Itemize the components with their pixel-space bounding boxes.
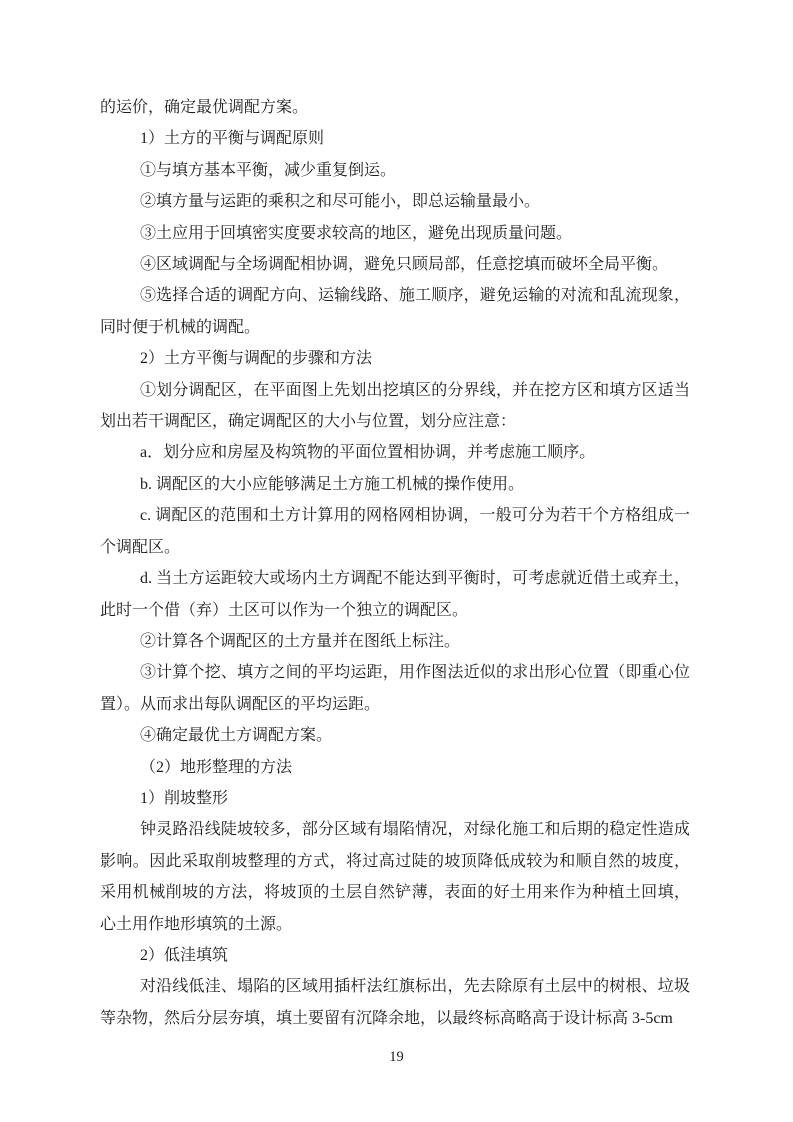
- paragraph: （2）地形整理的方法: [100, 752, 690, 783]
- paragraph: 2）土方平衡与调配的步骤和方法: [100, 343, 690, 374]
- paragraph: ④确定最优土方调配方案。: [100, 720, 690, 751]
- paragraph: 2）低洼填筑: [100, 940, 690, 971]
- paragraph: ③计算个挖、填方之间的平均运距，用作图法近似的求出形心位置（即重心位置）。从而求…: [100, 657, 690, 720]
- page-number: 19: [0, 1046, 793, 1068]
- paragraph: a．划分应和房屋及构筑物的平面位置相协调，并考虑施工顺序。: [100, 437, 690, 468]
- paragraph: 钟灵路沿线陡坡较多，部分区域有塌陷情况，对绿化施工和后期的稳定性造成影响。因此采…: [100, 814, 690, 940]
- paragraph: ⑤选择合适的调配方向、运输线路、施工顺序，避免运输的对流和乱流现象，同时便于机械…: [100, 280, 690, 343]
- paragraph: d. 当土方运距较大或场内土方调配不能达到平衡时，可考虑就近借土或弃土，此时一个…: [100, 563, 690, 626]
- paragraph: b. 调配区的大小应能够满足土方施工机械的操作使用。: [100, 469, 690, 500]
- document-body: 的运价，确定最优调配方案。1）土方的平衡与调配原则①与填方基本平衡，减少重复倒运…: [100, 92, 690, 1034]
- paragraph: ①与填方基本平衡，减少重复倒运。: [100, 155, 690, 186]
- paragraph: ②填方量与运距的乘积之和尽可能小，即总运输量最小。: [100, 186, 690, 217]
- document-page: 的运价，确定最优调配方案。1）土方的平衡与调配原则①与填方基本平衡，减少重复倒运…: [0, 0, 793, 1122]
- paragraph: c. 调配区的范围和土方计算用的网格网相协调，一般可分为若干个方格组成一个调配区…: [100, 500, 690, 563]
- paragraph: ④区域调配与全场调配相协调，避免只顾局部，任意挖填而破坏全局平衡。: [100, 249, 690, 280]
- paragraph: 1）土方的平衡与调配原则: [100, 123, 690, 154]
- paragraph: ①划分调配区，在平面图上先划出挖填区的分界线，并在挖方区和填方区适当划出若干调配…: [100, 375, 690, 438]
- paragraph: 的运价，确定最优调配方案。: [100, 92, 690, 123]
- paragraph: 对沿线低洼、塌陷的区域用插杆法红旗标出，先去除原有土层中的树根、垃圾等杂物，然后…: [100, 971, 690, 1034]
- paragraph: 1）削坡整形: [100, 783, 690, 814]
- paragraph: ③土应用于回填密实度要求较高的地区，避免出现质量问题。: [100, 218, 690, 249]
- paragraph: ②计算各个调配区的土方量并在图纸上标注。: [100, 626, 690, 657]
